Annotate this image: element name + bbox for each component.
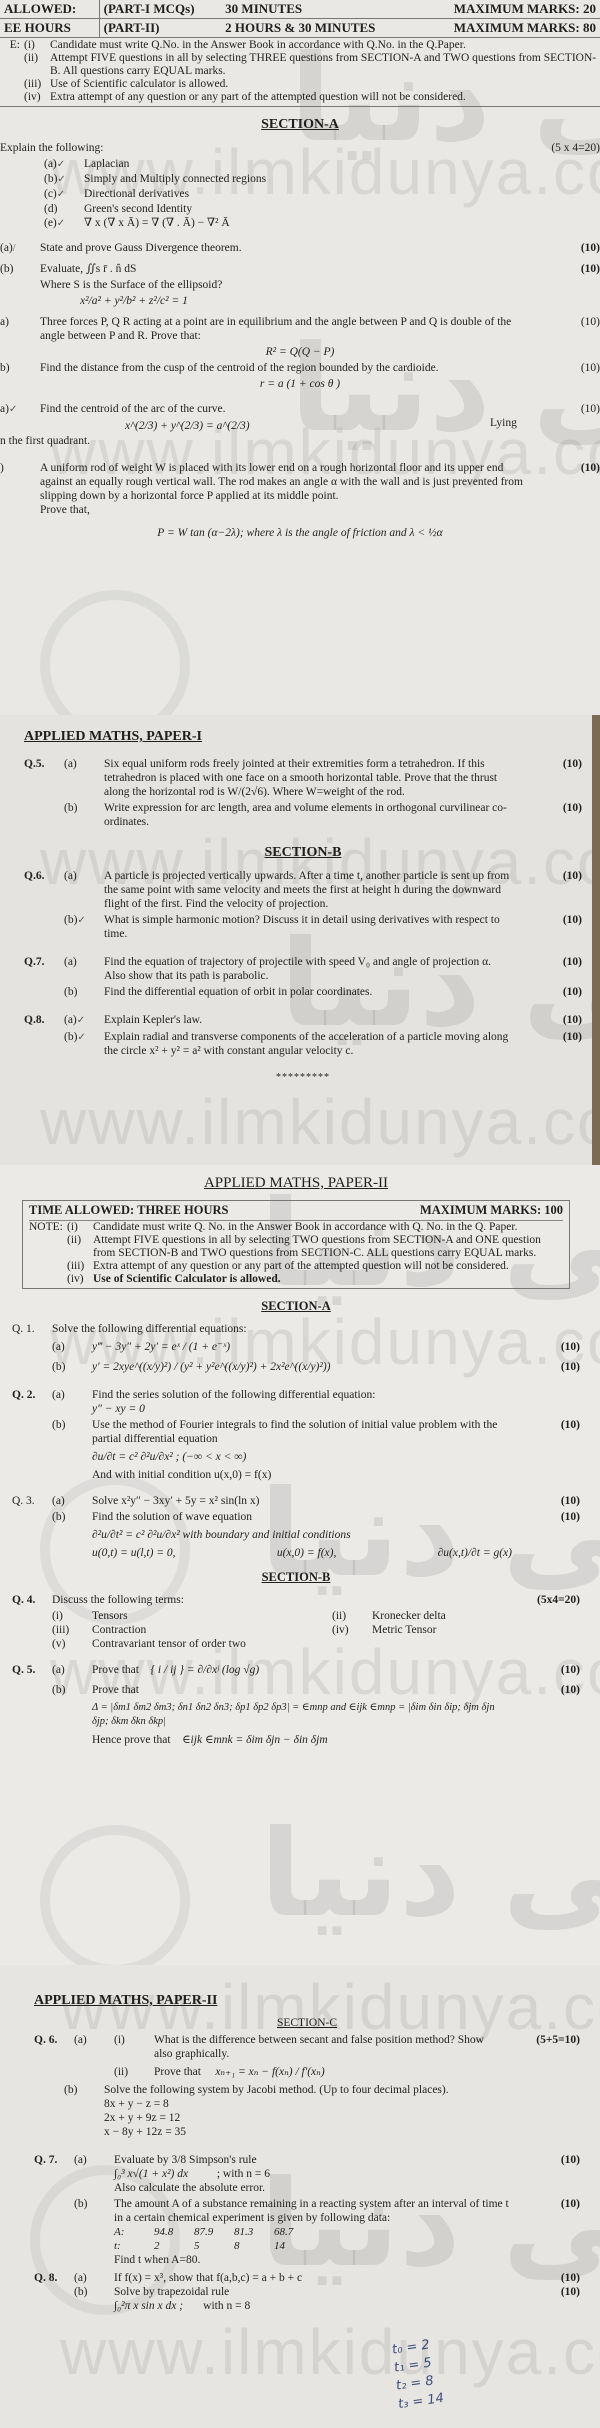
- question-8a: Q. 8.(a) If f(x) = x³, show that f(a,b,c…: [34, 2271, 580, 2285]
- question-2a: Q. 2.(a) Find the series solution of the…: [12, 1388, 580, 1416]
- equation: R² = Q(Q − P): [0, 346, 600, 358]
- question-4a: a)✓ Find the centroid of the arc of the …: [0, 402, 600, 417]
- header-hours-label: EE HOURS: [0, 19, 99, 38]
- header-part2: (PART-II): [99, 19, 221, 38]
- question-1: Explain the following: (5 x 4=20): [0, 141, 600, 155]
- check-mark-icon: ✓: [57, 174, 65, 185]
- question-6b: (b)✓ What is simple harmonic motion? Dis…: [24, 913, 582, 941]
- equation: 2x + y + 9z = 12: [104, 2112, 180, 2124]
- list-item: (v)Contravariant tensor of order two: [52, 1637, 332, 1651]
- question-3a: Q. 3.(a) Solve x²y″ − 3xy′ + 5y = x² sin…: [12, 1494, 580, 1508]
- question-6a-ii: (ii) Prove that xₙ₊₁ = xₙ − f(xₙ) / f′(x…: [34, 2065, 580, 2079]
- handwritten-note: t₂ = 8: [395, 2373, 434, 2393]
- header-part1-time: 30 MINUTES: [221, 0, 415, 19]
- check-mark-icon: ✓: [77, 1015, 85, 1026]
- section-title: SECTION-A: [12, 1299, 580, 1314]
- question-4b: ) A uniform rod of weight W is placed wi…: [0, 461, 600, 503]
- paper1-page-section-a: www.ilmkidunya.com www.ilmkidunya.com عل…: [0, 0, 600, 715]
- paper2-instructions-box: TIME ALLOWED: THREE HOURS MAXIMUM MARKS:…: [22, 1200, 570, 1289]
- note-item: (ii) Attempt FIVE questions in all by se…: [0, 52, 600, 78]
- question-7a: Q. 7.(a) Evaluate by 3/8 Simpson's rule …: [34, 2153, 580, 2195]
- check-mark-icon: ✓: [77, 1032, 85, 1043]
- question-8b: (b) Solve by trapezoidal rule ∫₀²π x sin…: [34, 2285, 580, 2313]
- check-mark-icon: ✓: [9, 404, 17, 415]
- divider: [0, 106, 600, 107]
- question-2a: (a)/ State and prove Gauss Divergence th…: [0, 241, 600, 256]
- question-7a: Q.7. (a) Find the equation of trajectory…: [24, 955, 582, 983]
- list-item: (iv)Metric Tensor: [332, 1623, 580, 1637]
- equation: x²/a² + y²/b² + z²/c² = 1: [80, 295, 600, 307]
- list-item: (i)Tensors: [52, 1609, 332, 1623]
- handwritten-note: t₁ = 5: [393, 2355, 432, 2375]
- question-5a: Q.5. (a) Six equal uniform rods freely j…: [24, 757, 582, 799]
- header-part2-marks: MAXIMUM MARKS: 80: [415, 19, 600, 38]
- note-item: E: (i) Candidate must write Q.No. in the…: [0, 39, 600, 52]
- section-title: SECTION-C: [34, 2017, 580, 2029]
- paper1-page-continued: www.ilmkidunya.com www.ilmkidunya.com عل…: [0, 715, 600, 1165]
- question-5b: (b) Write expression for arc length, are…: [24, 801, 582, 829]
- question-5b: (b) Prove thatΔ = |δm1 δm2 δm3; δn1 δn2 …: [12, 1683, 580, 1747]
- question-4: Q. 4. Discuss the following terms: (5x4=…: [12, 1593, 580, 1607]
- question-3b: (b) Find the solution of wave equation∂²…: [12, 1510, 580, 1560]
- end-marker: *********: [24, 1072, 582, 1083]
- list-item: (ii)Kronecker delta: [332, 1609, 580, 1623]
- section-title: SECTION-A: [0, 117, 600, 133]
- header-part1-marks: MAXIMUM MARKS: 20: [415, 0, 600, 19]
- check-mark-icon: ✓: [77, 915, 85, 926]
- list-item: (b)✓Simply and Multiply connected region…: [44, 172, 600, 187]
- check-mark-icon: /: [13, 243, 16, 254]
- watermark-globe-icon: [40, 590, 190, 715]
- paper1-header-table: ALLOWED: (PART-I MCQs) 30 MINUTES MAXIMU…: [0, 0, 600, 38]
- paper-title: APPLIED MATHS, PAPER-II: [34, 1993, 580, 2009]
- question-3b: b) Find the distance from the cusp of th…: [0, 361, 600, 375]
- note-item: (iv) Extra attempt of any question or an…: [0, 91, 600, 104]
- note-item: (ii)Attempt FIVE questions in all by sel…: [29, 1234, 563, 1260]
- question-1b: (b) y′ = 2xye^((x/y)²) / (y² + y²e^((x/y…: [12, 1360, 580, 1374]
- question-6a-i: Q. 6. (a) (i) What is the difference bet…: [34, 2033, 580, 2061]
- section-title: SECTION-B: [24, 845, 582, 861]
- note-item: (iv)Use of Scientific Calculator is allo…: [29, 1273, 563, 1286]
- header-time-label: ALLOWED:: [0, 0, 99, 19]
- list-item: (iii)Contraction: [52, 1623, 332, 1637]
- handwritten-note: t₀ = 2: [391, 2337, 430, 2357]
- list-item: (e)✓∇ x (∇ x Ā) = ∇ (∇ . Ā) − ∇² Ā: [44, 216, 600, 231]
- list-item: (c)✓Directional derivatives: [44, 187, 600, 202]
- list-item: (d)Green's second Identity: [44, 202, 600, 216]
- note-item: (iii) Use of Scientific calculator is al…: [0, 78, 600, 91]
- check-mark-icon: ✓: [57, 159, 65, 170]
- section-title: SECTION-B: [12, 1570, 580, 1585]
- max-marks: MAXIMUM MARKS: 100: [420, 1203, 563, 1218]
- equation: 8x + y − z = 8: [104, 2098, 169, 2110]
- note-item: (iii)Extra attempt of any question or an…: [29, 1260, 563, 1273]
- watermark-logo: علم کی دنیا: [260, 1805, 600, 1944]
- question-4-terms: (i)Tensors (ii)Kronecker delta (iii)Cont…: [52, 1609, 580, 1651]
- question-6a: Q.6. (a) A particle is projected vertica…: [24, 869, 582, 911]
- question-7b: (b) The amount A of a substance remainin…: [34, 2197, 580, 2267]
- question-2b: (b) Evaluate, ∬s r̄ . n̂ dS (10): [0, 262, 600, 276]
- header-part1: (PART-I MCQs): [99, 0, 221, 19]
- paper-title: APPLIED MATHS, PAPER-II: [12, 1175, 580, 1192]
- equation: x − 8y + 12z = 35: [104, 2126, 186, 2138]
- check-mark-icon: ✓: [57, 218, 65, 229]
- question-1a: (a) y‴ − 3y″ + 2y′ = eˣ / (1 + e⁻ˣ) (10): [12, 1340, 580, 1354]
- equation: P = W tan (α−2λ); where λ is the angle o…: [0, 527, 600, 539]
- paper2-page: www.ilmkidunya.com www.ilmkidunya.com عل…: [0, 1165, 600, 1965]
- paper2-section-c-page: www.ilmkidunya.com www.ilmkidunya.com عل…: [0, 1965, 600, 2428]
- list-item: (a)✓Laplacian: [44, 157, 600, 172]
- header-part2-time: 2 HOURS & 30 MINUTES: [221, 19, 415, 38]
- watermark-url: www.ilmkidunya.com: [60, 2315, 600, 2389]
- paper1-notes: E: (i) Candidate must write Q.No. in the…: [0, 39, 600, 104]
- watermark-url: www.ilmkidunya.com: [40, 1085, 600, 1159]
- note-item: NOTE:(i)Candidate must write Q. No. in t…: [29, 1221, 563, 1234]
- marks: (5 x 4=20): [540, 141, 600, 155]
- question-3a: a) Three forces P, Q R acting at a point…: [0, 315, 600, 343]
- equation: x^(2/3) + y^(2/3) = a^(2/3): [125, 420, 490, 432]
- check-mark-icon: ✓: [57, 189, 65, 200]
- question-1-items: (a)✓Laplacian (b)✓Simply and Multiply co…: [44, 157, 600, 231]
- watermark-globe-icon: [40, 1825, 190, 1965]
- question-6b: (b) Solve the following system by Jacobi…: [34, 2083, 580, 2139]
- paper-title: APPLIED MATHS, PAPER-I: [24, 729, 582, 745]
- time-allowed: TIME ALLOWED: THREE HOURS: [29, 1203, 228, 1218]
- question-1: Q. 1. Solve the following differential e…: [12, 1322, 580, 1336]
- question-5a: Q. 5.(a) Prove that { i / ij } = ∂/∂xʲ (…: [12, 1663, 580, 1677]
- question-7b: (b) Find the differential equation of or…: [24, 985, 582, 999]
- equation: r = a (1 + cos θ ): [0, 378, 600, 390]
- data-table: A: 94.8 87.9 81.3 68.7 t: 2 5 8 14: [114, 2225, 512, 2253]
- question-8a: Q.8. (a)✓ Explain Kepler's law. (10): [24, 1013, 582, 1028]
- question-2b: (b) Use the method of Fourier integrals …: [12, 1418, 580, 1482]
- question-8b: (b)✓ Explain radial and transverse compo…: [24, 1030, 582, 1058]
- handwritten-note: t₃ = 14: [397, 2391, 445, 2412]
